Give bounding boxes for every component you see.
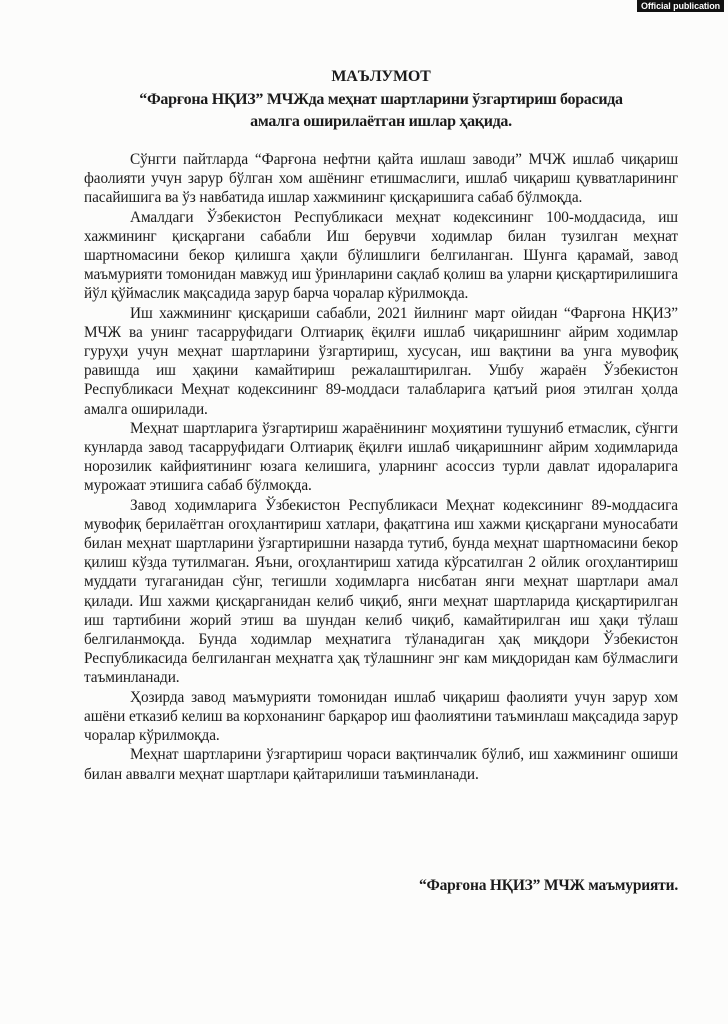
official-publication-badge: Official publication — [637, 0, 724, 12]
document-subtitle: “Фарғона НҚИЗ” МЧЖда меҳнат шартларини ў… — [84, 89, 678, 133]
document-title: МАЪЛУМОТ — [84, 66, 678, 88]
subtitle-line: “Фарғона НҚИЗ” МЧЖда меҳнат шартларини ў… — [84, 89, 678, 111]
paragraph: Сўнгги пайтларда “Фарғона нефтни қайта и… — [84, 150, 678, 208]
paragraph: Меҳнат шартларига ўзгартириш жараёнининг… — [84, 419, 678, 496]
signature: “Фарғона НҚИЗ” МЧЖ маъмурияти. — [419, 876, 678, 896]
paragraph: Завод ходимларига Ўзбекистон Республикас… — [84, 496, 678, 688]
subtitle-line: амалга оширилаётган ишлар ҳақида. — [84, 111, 678, 133]
paragraph: Амалдаги Ўзбекистон Республикаси меҳнат … — [84, 208, 678, 304]
paragraph: Меҳнат шартларини ўзгартириш чораси вақт… — [84, 745, 678, 783]
paragraph: Ҳозирда завод маъмурияти томонидан ишлаб… — [84, 688, 678, 746]
document-body: Сўнгги пайтларда “Фарғона нефтни қайта и… — [84, 150, 678, 784]
paragraph: Иш хажмининг қисқариши сабабли, 2021 йил… — [84, 304, 678, 419]
